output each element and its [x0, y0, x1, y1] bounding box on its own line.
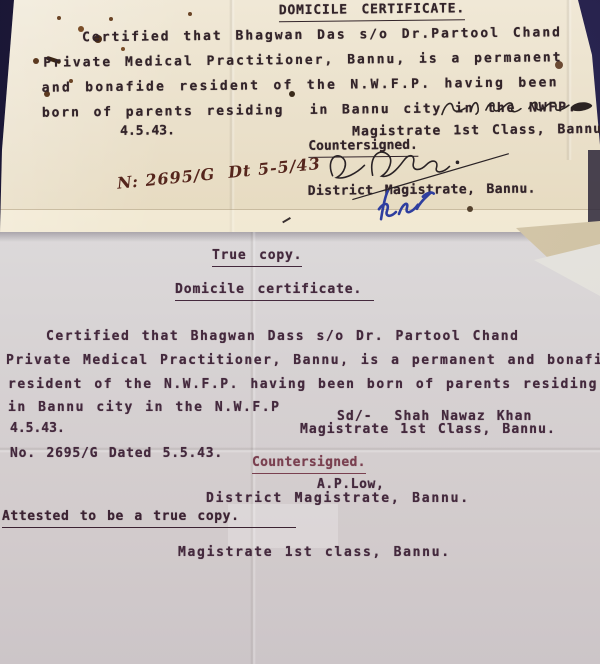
bottom-doc-body-line: Private Medical Practitioner, Bannu, is …	[6, 353, 600, 369]
bottom-doc-district-line: District Magistrate, Bannu.	[206, 491, 470, 507]
bottom-doc-countersigned-label: Countersigned.	[252, 455, 366, 474]
bottom-doc-ref-line: No. 2695/G Dated 5.5.43.	[10, 446, 223, 462]
true-copy-heading: True copy.	[212, 248, 302, 267]
bottom-doc-magistrate-line: Magistrate 1st Class, Bannu.	[300, 422, 556, 438]
attestation-line: Attested to be a true copy.	[2, 509, 296, 528]
bottom-doc-title: Domicile certificate.	[175, 282, 374, 301]
document-photo: DOMICILE CERTIFICATE. Certified that Bha…	[0, 0, 600, 664]
bottom-doc-body-line: resident of the N.W.F.P. having been bor…	[8, 377, 598, 393]
footer-magistrate-line: Magistrate 1st class, Bannu.	[178, 545, 451, 561]
bottom-doc-body-line: Certified that Bhagwan Dass s/o Dr. Part…	[46, 329, 519, 345]
true-copy-text: True copy. Domicile certificate. Certifi…	[0, 0, 600, 664]
bottom-doc-body-line: in Bannu city in the N.W.F.P	[8, 400, 281, 416]
bottom-doc-date: 4.5.43.	[10, 421, 65, 437]
